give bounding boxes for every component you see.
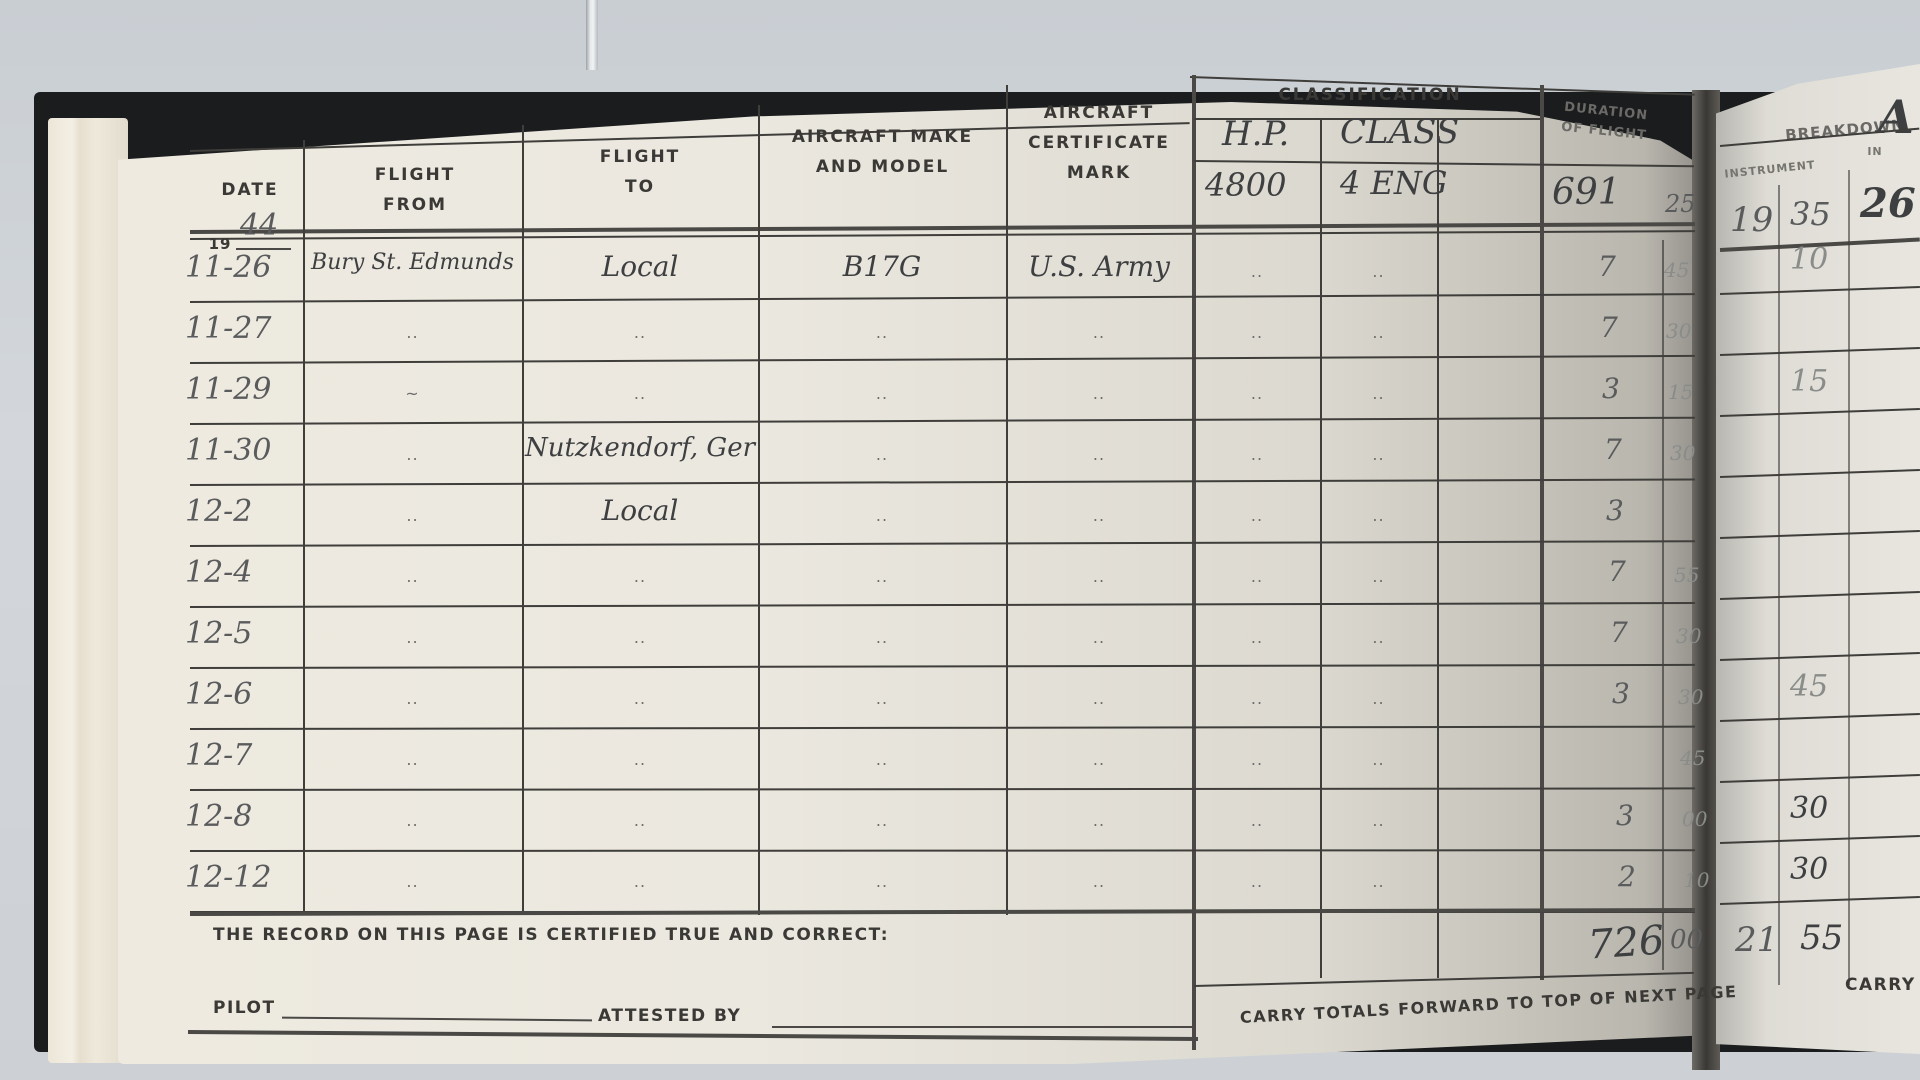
cell-from: .. <box>305 689 520 708</box>
cell-date: 11-30 <box>185 433 293 468</box>
cell-duration-minutes: 45 <box>1680 746 1705 770</box>
cell-to: .. <box>524 628 756 647</box>
cell-class: .. <box>1322 628 1435 647</box>
cell-from: .. <box>305 323 520 342</box>
cell-hp: .. <box>1196 262 1318 281</box>
pilot-label: PILOT <box>213 998 276 1018</box>
cell-to: .. <box>524 323 756 342</box>
cell-class: .. <box>1322 750 1435 769</box>
cell-date: 12-5 <box>185 616 293 651</box>
wall-seam <box>586 0 598 70</box>
cell-make: .. <box>760 872 1004 891</box>
cell-duration-minutes: 30 <box>1678 685 1703 709</box>
forward-hp: 4800 <box>1205 166 1286 204</box>
right-col-divider <box>1778 185 1780 985</box>
attested-signature-line <box>772 1026 1192 1028</box>
cell-duration-hours: 7 <box>1608 555 1626 588</box>
cell-duration-minutes: 30 <box>1676 624 1701 648</box>
right-entry: 15 <box>1790 364 1828 399</box>
cell-class: .. <box>1322 506 1435 525</box>
header-classification: CLASSIFICATION <box>1200 80 1540 110</box>
cell-date: 11-27 <box>185 311 293 346</box>
total-duration-minutes: 00 <box>1670 925 1703 955</box>
right-entry: 10 <box>1790 242 1828 277</box>
cell-duration-hours: 3 <box>1606 494 1624 527</box>
cell-from: .. <box>305 506 520 525</box>
cell-cert: .. <box>1008 323 1190 342</box>
right-forward-2: 26 <box>1860 180 1916 227</box>
header-date: DATE <box>205 175 295 205</box>
cell-from: .. <box>305 872 520 891</box>
cell-duration-minutes: 15 <box>1668 380 1693 404</box>
cell-make: .. <box>760 445 1004 464</box>
cell-class: .. <box>1322 323 1435 342</box>
col-divider-minutes <box>1662 240 1664 970</box>
cell-make: .. <box>760 811 1004 830</box>
header-class-class: CLASS <box>1340 112 1459 152</box>
cell-date: 11-29 <box>185 372 293 407</box>
cell-hp: .. <box>1196 750 1318 769</box>
cell-hp: .. <box>1196 872 1318 891</box>
cell-make: .. <box>760 384 1004 403</box>
cell-to: .. <box>524 689 756 708</box>
cell-class: .. <box>1322 262 1435 281</box>
cell-duration-minutes: 10 <box>1684 868 1709 892</box>
cell-date: 11-26 <box>185 250 293 285</box>
cell-to: .. <box>524 872 756 891</box>
col-divider <box>1006 85 1008 915</box>
cell-from: .. <box>305 567 520 586</box>
cell-date: 12-7 <box>185 738 293 773</box>
cell-duration-hours: 7 <box>1598 250 1616 283</box>
header-flight-from: FLIGHT FROM <box>330 160 500 220</box>
right-forward-0: 19 <box>1730 200 1773 240</box>
right-forward-1: 35 <box>1790 195 1831 233</box>
cell-duration-hours: 3 <box>1616 799 1634 832</box>
cell-make: B17G <box>760 250 1004 283</box>
right-entry: 45 <box>1790 669 1828 704</box>
cell-class: .. <box>1322 872 1435 891</box>
cell-from: .. <box>305 445 520 464</box>
cell-from: Bury St. Edmunds <box>305 250 520 275</box>
cell-cert: .. <box>1008 689 1190 708</box>
cell-make: .. <box>760 628 1004 647</box>
cell-make: .. <box>760 506 1004 525</box>
cell-duration-minutes: 45 <box>1664 258 1689 282</box>
right-col-divider <box>1848 170 1850 985</box>
cell-hp: .. <box>1196 445 1318 464</box>
cell-hp: .. <box>1196 384 1318 403</box>
cell-to: Nutzkendorf, Ger <box>524 433 756 463</box>
cell-date: 12-2 <box>185 494 293 529</box>
header-flight-to: FLIGHT TO <box>550 142 730 202</box>
cell-hp: .. <box>1196 567 1318 586</box>
cell-hp: .. <box>1196 323 1318 342</box>
certification-statement: THE RECORD ON THIS PAGE IS CERTIFIED TRU… <box>213 925 889 945</box>
cell-make: .. <box>760 567 1004 586</box>
cell-to: Local <box>524 494 756 527</box>
cell-duration-minutes: 55 <box>1674 563 1699 587</box>
cell-cert: .. <box>1008 811 1190 830</box>
cell-duration-minutes: 00 <box>1682 807 1707 831</box>
cell-cert: .. <box>1008 506 1190 525</box>
cell-class: .. <box>1322 567 1435 586</box>
cell-cert: .. <box>1008 750 1190 769</box>
cell-hp: .. <box>1196 689 1318 708</box>
header-certificate-mark: AIRCRAFT CERTIFICATE MARK <box>1008 98 1190 188</box>
cell-from: .. <box>305 750 520 769</box>
total-duration-hours: 726 <box>1586 917 1665 968</box>
header-aircraft-make: AIRCRAFT MAKE AND MODEL <box>765 122 1000 182</box>
cell-cert: U.S. Army <box>1008 250 1190 283</box>
right-subheader-next: IN <box>1855 142 1895 162</box>
attested-label: ATTESTED BY <box>598 1006 741 1026</box>
forward-duration-hours: 691 <box>1552 172 1621 213</box>
cell-date: 12-12 <box>185 860 293 895</box>
forward-duration-minutes: 25 <box>1665 190 1696 218</box>
cell-class: .. <box>1322 689 1435 708</box>
cell-hp: .. <box>1196 811 1318 830</box>
cell-to: .. <box>524 567 756 586</box>
forward-class: 4 ENG <box>1340 164 1447 202</box>
right-corner-handwriting: A <box>1878 90 1914 144</box>
header-year-handwritten: 44 <box>240 208 278 243</box>
col-divider-main <box>1192 75 1196 1050</box>
page-stack-edge <box>48 118 128 1063</box>
cell-duration-hours: 7 <box>1604 433 1622 466</box>
cell-to: Local <box>524 250 756 283</box>
right-total-1: 55 <box>1800 918 1843 958</box>
cell-duration-minutes: 30 <box>1670 441 1695 465</box>
cell-hp: .. <box>1196 628 1318 647</box>
cell-date: 12-4 <box>185 555 293 590</box>
cell-cert: .. <box>1008 567 1190 586</box>
cell-from: ~ <box>305 384 520 403</box>
cell-make: .. <box>760 750 1004 769</box>
cell-duration-hours: 7 <box>1600 311 1618 344</box>
cell-duration-minutes: 30 <box>1666 319 1691 343</box>
cell-duration-hours: 2 <box>1618 860 1636 893</box>
right-total-0: 21 <box>1735 920 1778 960</box>
cell-cert: .. <box>1008 384 1190 403</box>
cell-make: .. <box>760 323 1004 342</box>
cell-class: .. <box>1322 384 1435 403</box>
cell-from: .. <box>305 628 520 647</box>
cell-class: .. <box>1322 811 1435 830</box>
cell-class: .. <box>1322 445 1435 464</box>
cell-cert: .. <box>1008 445 1190 464</box>
cell-duration-hours: 3 <box>1612 677 1630 710</box>
cell-make: .. <box>760 689 1004 708</box>
header-class-hp: H.P. <box>1222 114 1289 154</box>
cell-from: .. <box>305 811 520 830</box>
col-divider-duration <box>1540 85 1544 980</box>
cell-to: .. <box>524 811 756 830</box>
cell-to: .. <box>524 384 756 403</box>
cell-cert: .. <box>1008 628 1190 647</box>
right-carry-label: CARRY <box>1845 975 1916 995</box>
cell-duration-hours: 7 <box>1610 616 1628 649</box>
right-entry: 30 <box>1790 852 1828 887</box>
right-entry: 30 <box>1790 791 1828 826</box>
cell-to: .. <box>524 750 756 769</box>
cell-hp: .. <box>1196 506 1318 525</box>
cell-date: 12-8 <box>185 799 293 834</box>
cell-duration-hours: 3 <box>1602 372 1620 405</box>
cell-cert: .. <box>1008 872 1190 891</box>
cell-date: 12-6 <box>185 677 293 712</box>
